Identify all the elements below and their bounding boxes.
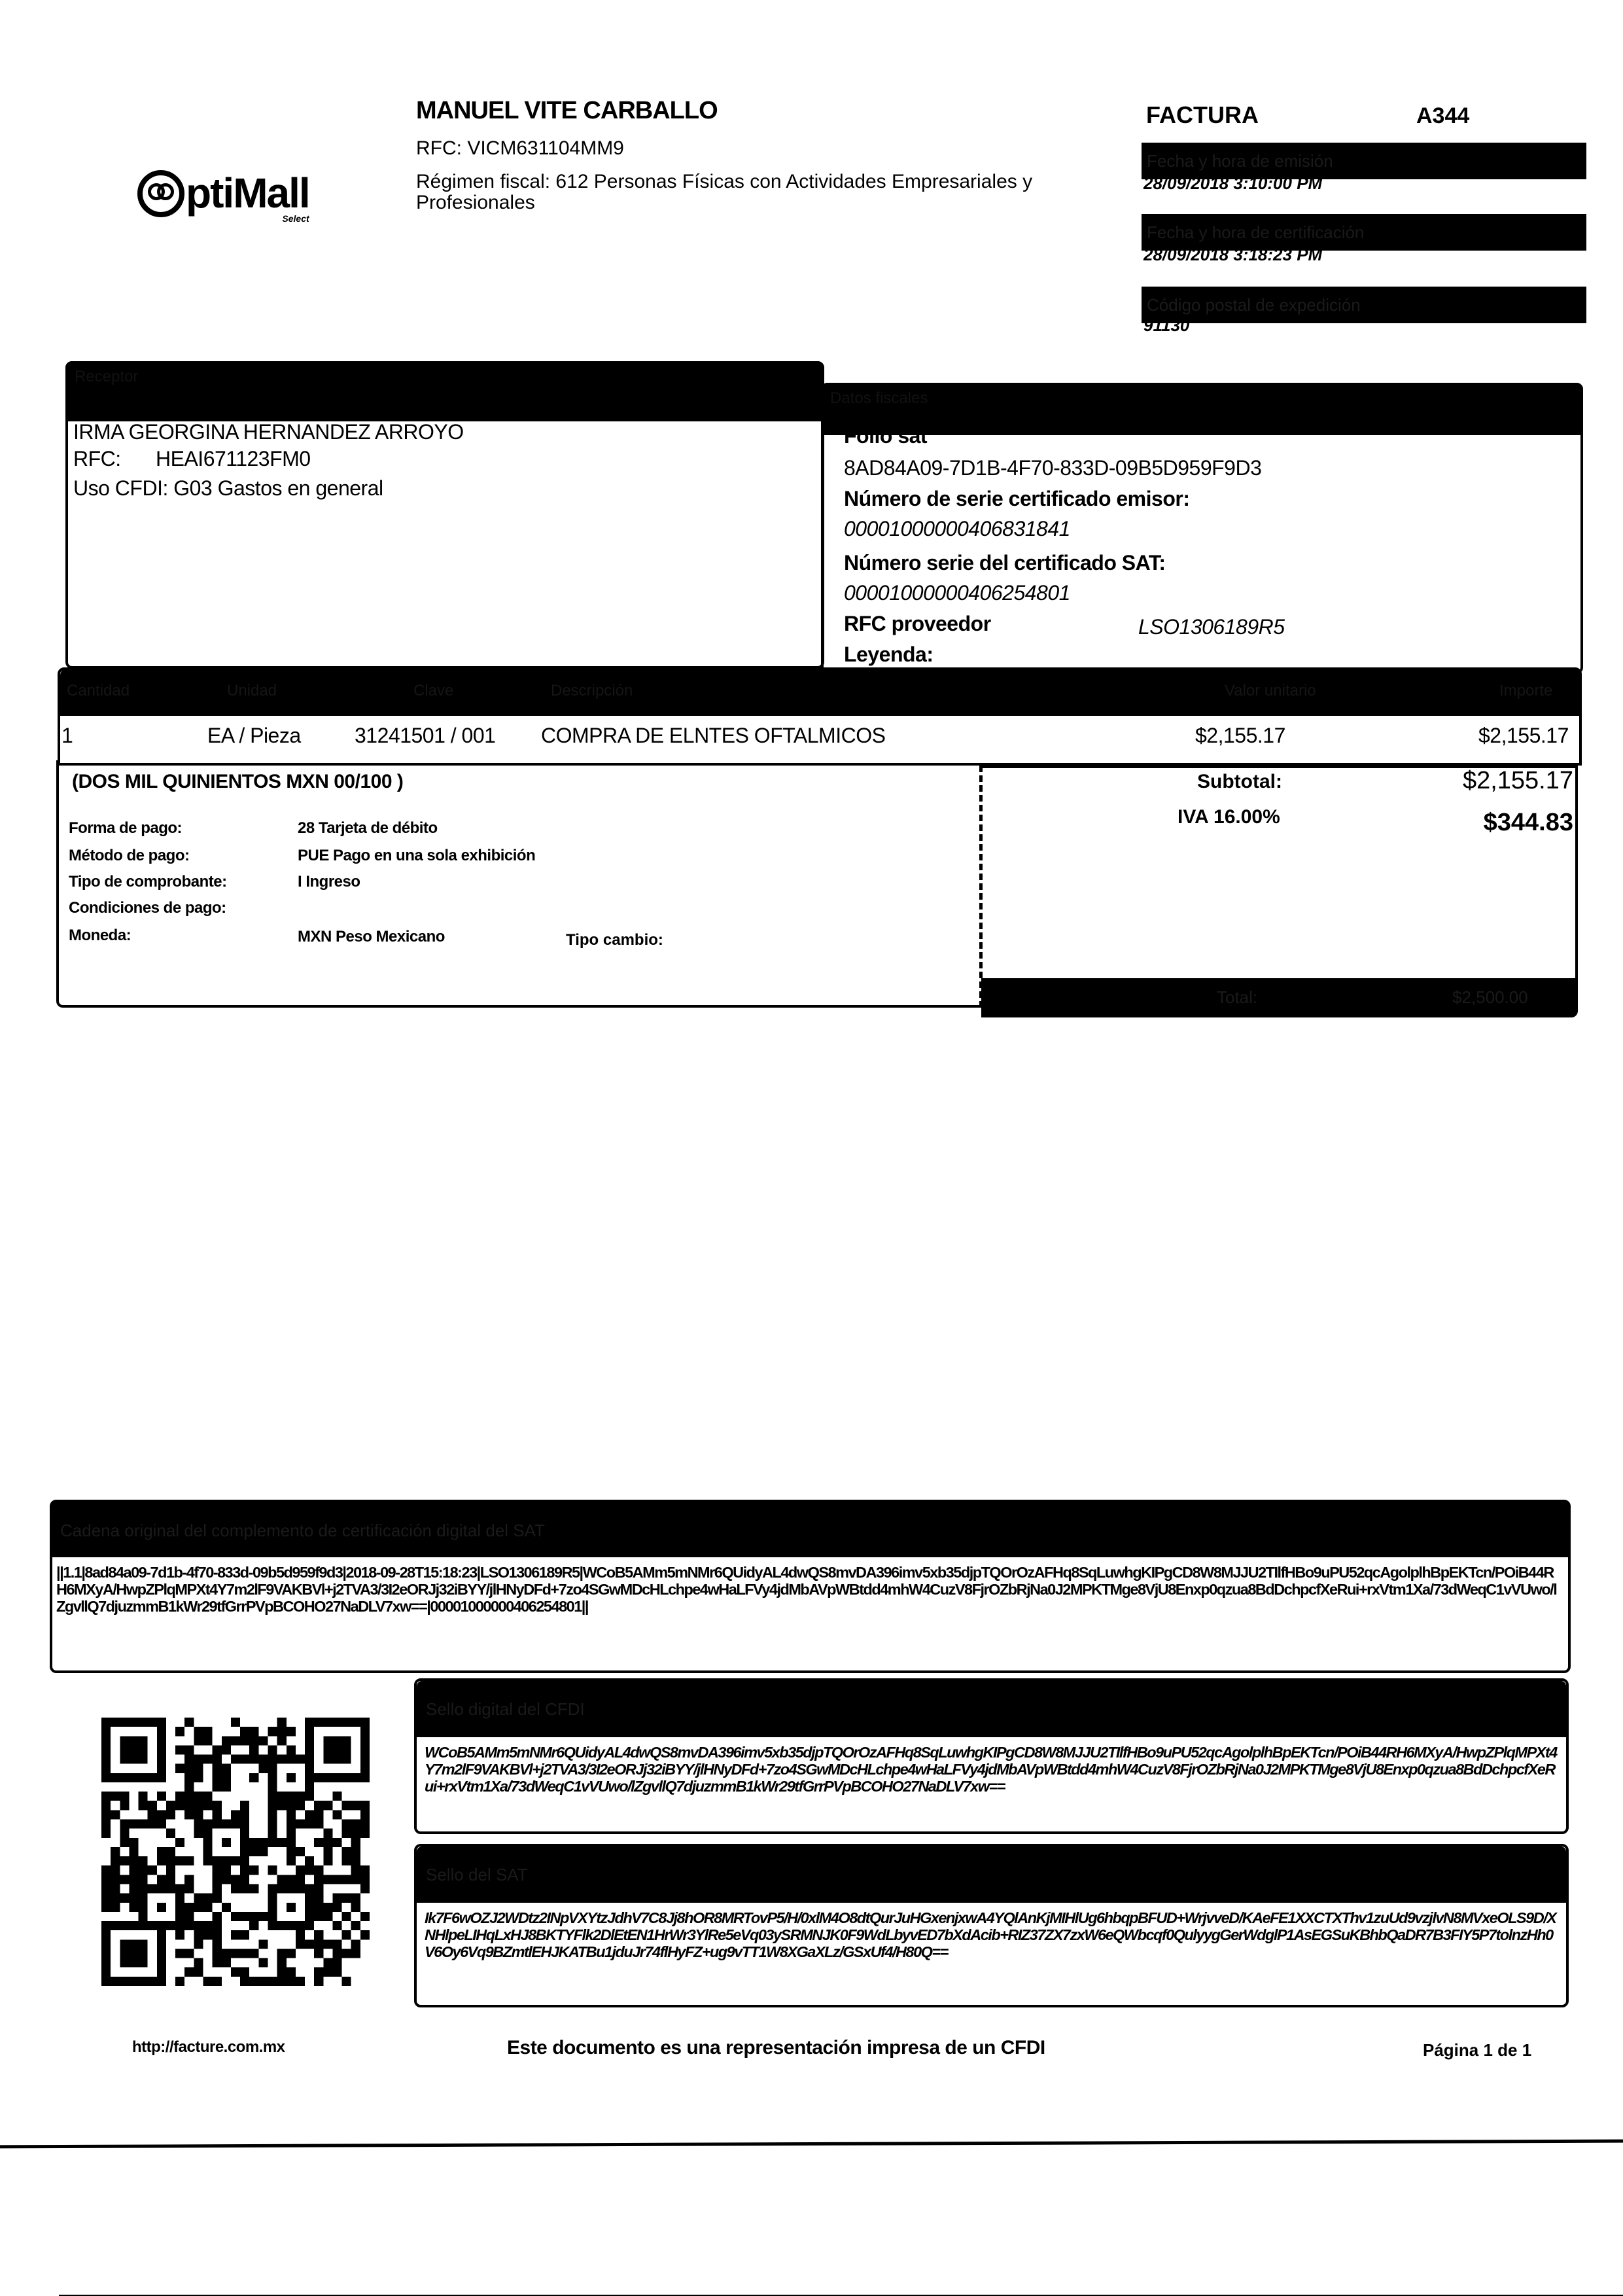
cell-cantidad: 1 — [61, 724, 73, 748]
total-label: Total: — [1217, 987, 1257, 1008]
emisor-name: MANUEL VITE CARBALLO — [416, 97, 718, 125]
iva-value: $344.83 — [1406, 809, 1573, 837]
sello-sat-text: Ik7F6wOZJ2WDtz2INpVXYtzJdhV7C8Jj8hOR8MRT… — [417, 1903, 1566, 1967]
smiley-glasses-icon — [137, 170, 184, 217]
receptor-rfc: HEAI671123FM0 — [156, 447, 311, 471]
subtotal-label: Subtotal: — [1197, 771, 1282, 793]
tipo-cambio-label: Tipo cambio: — [566, 931, 663, 949]
footer-url[interactable]: http://facture.com.mx — [132, 2038, 285, 2057]
logo-text: ptiMall — [186, 169, 309, 217]
serie-sat: 00001000000406254801 — [844, 581, 1070, 605]
emisor-regimen: Régimen fiscal: 612 Personas Físicas con… — [416, 171, 1103, 213]
fecha-emision: 28/09/2018 3:10:00 PM — [1143, 173, 1322, 194]
forma-pago: 28 Tarjeta de débito — [298, 819, 438, 838]
page-indicator: Página 1 de 1 — [1423, 2040, 1531, 2060]
table-row: 1 EA / Pieza 31241501 / 001 COMPRA DE EL… — [60, 720, 1581, 759]
moneda: MXN Peso Mexicano — [298, 928, 445, 946]
footer-note: Este documento es una representación imp… — [507, 2037, 1045, 2059]
rfc-proveedor-label: RFC proveedor — [844, 612, 991, 636]
scan-edge-line — [0, 2140, 1623, 2149]
metodo-pago: PUE Pago en una sola exhibición — [298, 847, 535, 865]
col-unidad: Unidad — [227, 682, 277, 700]
col-descripcion: Descripción — [551, 682, 633, 700]
cell-valor-unitario: $2,155.17 — [1195, 724, 1285, 748]
condiciones-pago-label: Condiciones de pago: — [69, 899, 226, 917]
col-clave: Clave — [413, 682, 453, 700]
subtotal-value: $2,155.17 — [1406, 767, 1573, 795]
iva-label: IVA 16.00% — [1178, 806, 1280, 828]
serie-emisor: 00001000000406831841 — [844, 517, 1070, 541]
folio-sat: 8AD84A09-7D1B-4F70-833D-09B5D959F9D3 — [844, 456, 1261, 480]
fecha-certificacion: 28/09/2018 3:18:23 PM — [1143, 245, 1322, 265]
cell-clave: 31241501 / 001 — [355, 724, 495, 748]
col-cantidad: Cantidad — [67, 682, 130, 700]
cell-unidad: EA / Pieza — [207, 724, 301, 748]
cell-importe: $2,155.17 — [1478, 724, 1569, 748]
dashed-divider — [979, 766, 983, 1008]
sello-cfd-header: Sello digital del CFDI — [417, 1681, 1566, 1737]
codigo-postal: 91130 — [1143, 315, 1189, 336]
table-header: Cantidad Unidad Clave Descripción Valor … — [60, 669, 1581, 716]
tipo-comprobante: I Ingreso — [298, 873, 360, 891]
emisor-rfc: RFC: VICM631104MM9 — [416, 137, 624, 160]
rfc-proveedor: LSO1306189R5 — [1138, 615, 1285, 639]
sello-sat-header: Sello del SAT — [417, 1846, 1566, 1903]
col-importe: Importe — [1499, 682, 1552, 700]
fiscal-header: Datos fiscales — [821, 383, 1583, 435]
importe-con-letra: (DOS MIL QUINIENTOS MXN 00/100 ) — [72, 771, 403, 793]
serie-sat-label: Número serie del certificado SAT: — [844, 551, 1166, 575]
total-value: $2,500.00 — [1452, 987, 1528, 1008]
cadena-original-header: Cadena original del complemento de certi… — [51, 1501, 1569, 1557]
invoice-folio: A344 — [1416, 103, 1469, 129]
logo-subtext: Select — [282, 213, 309, 224]
folio-sat-label: Folio sat — [844, 424, 927, 448]
cell-descripcion: COMPRA DE ELNTES OFTALMICOS — [541, 724, 885, 748]
leyenda-label: Leyenda: — [844, 643, 933, 667]
receptor-uso-cfdi: Uso CFDI: G03 Gastos en general — [73, 476, 383, 501]
metodo-pago-label: Método de pago: — [69, 847, 189, 865]
tipo-comprobante-label: Tipo de comprobante: — [69, 873, 227, 891]
document-type: FACTURA — [1146, 101, 1259, 129]
receptor-header: Receptor — [65, 361, 824, 421]
codigo-postal-header: Código postal de expedición — [1142, 287, 1586, 323]
moneda-label: Moneda: — [69, 927, 131, 945]
cadena-original-text: ||1.1|8ad84a09-7d1b-4f70-833d-09b5d959f9… — [56, 1564, 1561, 1615]
total-bar: Total: $2,500.00 — [981, 978, 1578, 1017]
sello-cfd-panel: Sello digital del CFDI WCoB5AMm5mNMr6QUi… — [414, 1678, 1569, 1834]
receptor-rfc-label: RFC: — [73, 447, 121, 471]
receptor-name: IRMA GEORGINA HERNANDEZ ARROYO — [73, 420, 464, 444]
col-valor-unitario: Valor unitario — [1225, 682, 1316, 700]
serie-emisor-label: Número de serie certificado emisor: — [844, 487, 1189, 511]
forma-pago-label: Forma de pago: — [69, 819, 182, 838]
totals-panel — [979, 766, 1578, 985]
company-logo: ptiMall Select — [137, 169, 309, 217]
sello-cfd-text: WCoB5AMm5mNMr6QUidyAL4dwQS8mvDA396imv5xb… — [417, 1737, 1566, 1801]
qr-code — [101, 1718, 370, 1986]
sello-sat-panel: Sello del SAT Ik7F6wOZJ2WDtz2INpVXYtzJdh… — [414, 1844, 1569, 2007]
